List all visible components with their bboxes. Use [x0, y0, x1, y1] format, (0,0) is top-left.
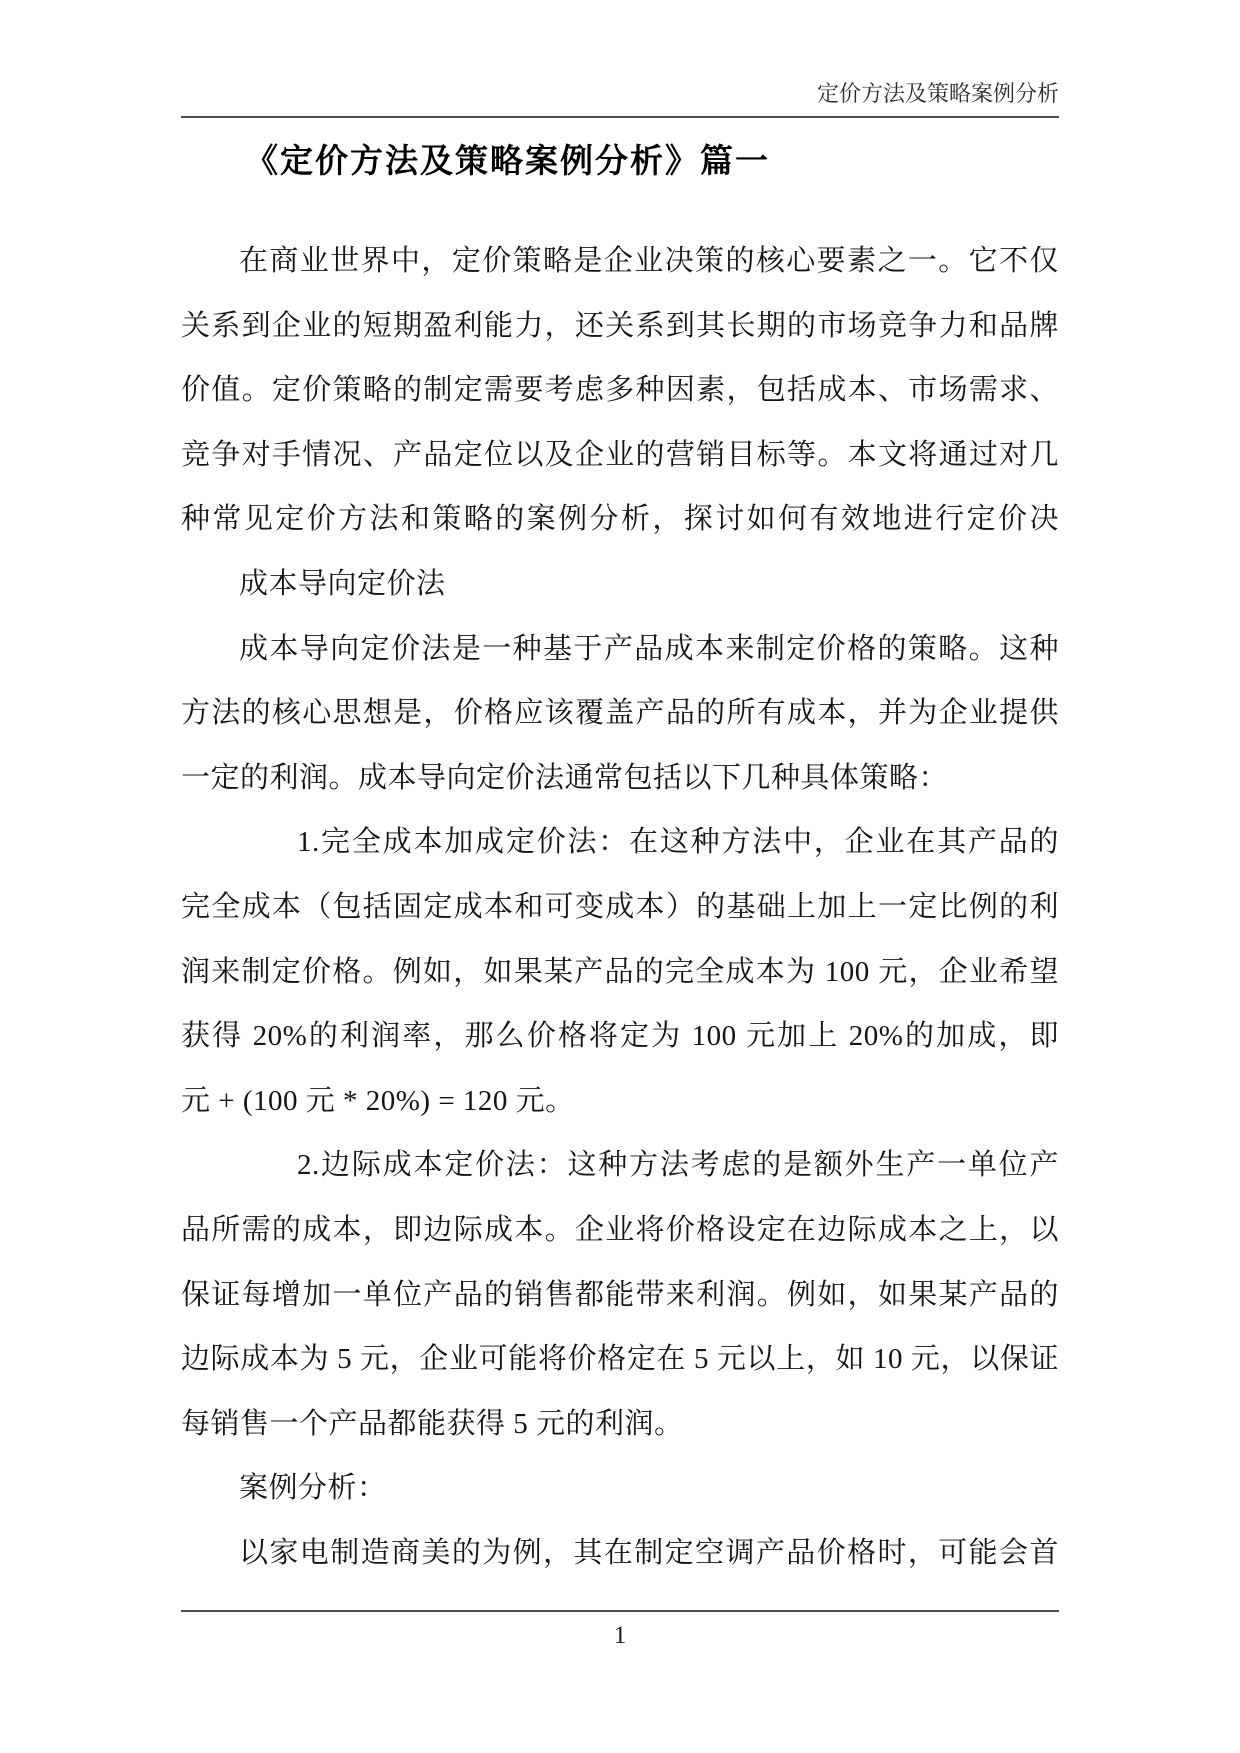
body-line: 润来制定价格。例如，如果某产品的完全成本为 100 元，企业希望 — [181, 940, 1059, 1005]
body-line: 关系到企业的短期盈利能力，还关系到其长期的市场竞争力和品牌 — [181, 294, 1059, 359]
body-line: 获得 20%的利润率，那么价格将定为 100 元加上 20%的加成，即 100 — [181, 1004, 1059, 1069]
body-line: 竞争对手情况、产品定位以及企业的营销目标等。本文将通过对几 — [181, 423, 1059, 488]
body-line: 案例分析： — [181, 1456, 1059, 1521]
document-page: 定价方法及策略案例分析 《定价方法及策略案例分析》篇一 在商业世界中，定价策略是… — [0, 0, 1240, 1753]
body-line: 边际成本为 5 元，企业可能将价格定在 5 元以上，如 10 元，以保证 — [181, 1327, 1059, 1392]
body-line: 方法的核心思想是，价格应该覆盖产品的所有成本，并为企业提供 — [181, 681, 1059, 746]
body-line: 1.完全成本加成定价法：在这种方法中，企业在其产品的 — [181, 810, 1059, 875]
body-line: 元 + (100 元 * 20%) = 120 元。 — [181, 1069, 1059, 1134]
document-title: 《定价方法及策略案例分析》篇一 — [181, 136, 1059, 188]
body-line: 成本导向定价法 — [181, 552, 1059, 617]
body-line: 品所需的成本，即边际成本。企业将价格设定在边际成本之上，以 — [181, 1198, 1059, 1263]
body-line: 2.边际成本定价法：这种方法考虑的是额外生产一单位产 — [181, 1133, 1059, 1198]
header-rule — [181, 116, 1059, 118]
body-line: 以家电制造商美的为例，其在制定空调产品价格时，可能会首 — [181, 1521, 1059, 1586]
body-line: 价值。定价策略的制定需要考虑多种因素，包括成本、市场需求、 — [181, 358, 1059, 423]
body-line: 一定的利润。成本导向定价法通常包括以下几种具体策略： — [181, 746, 1059, 811]
body-line: 完全成本（包括固定成本和可变成本）的基础上加上一定比例的利 — [181, 875, 1059, 940]
footer-rule — [181, 1610, 1059, 1612]
body-line: 种常见定价方法和策略的案例分析，探讨如何有效地进行定价决策。 — [181, 487, 1059, 552]
page-number: 1 — [181, 1616, 1059, 1656]
document-body: 在商业世界中，定价策略是企业决策的核心要素之一。它不仅关系到企业的短期盈利能力，… — [181, 229, 1059, 1585]
running-header: 定价方法及策略案例分析 — [181, 80, 1059, 108]
body-line: 保证每增加一单位产品的销售都能带来利润。例如，如果某产品的 — [181, 1263, 1059, 1328]
body-line: 在商业世界中，定价策略是企业决策的核心要素之一。它不仅 — [181, 229, 1059, 294]
body-line: 成本导向定价法是一种基于产品成本来制定价格的策略。这种 — [181, 617, 1059, 682]
body-line: 每销售一个产品都能获得 5 元的利润。 — [181, 1392, 1059, 1457]
